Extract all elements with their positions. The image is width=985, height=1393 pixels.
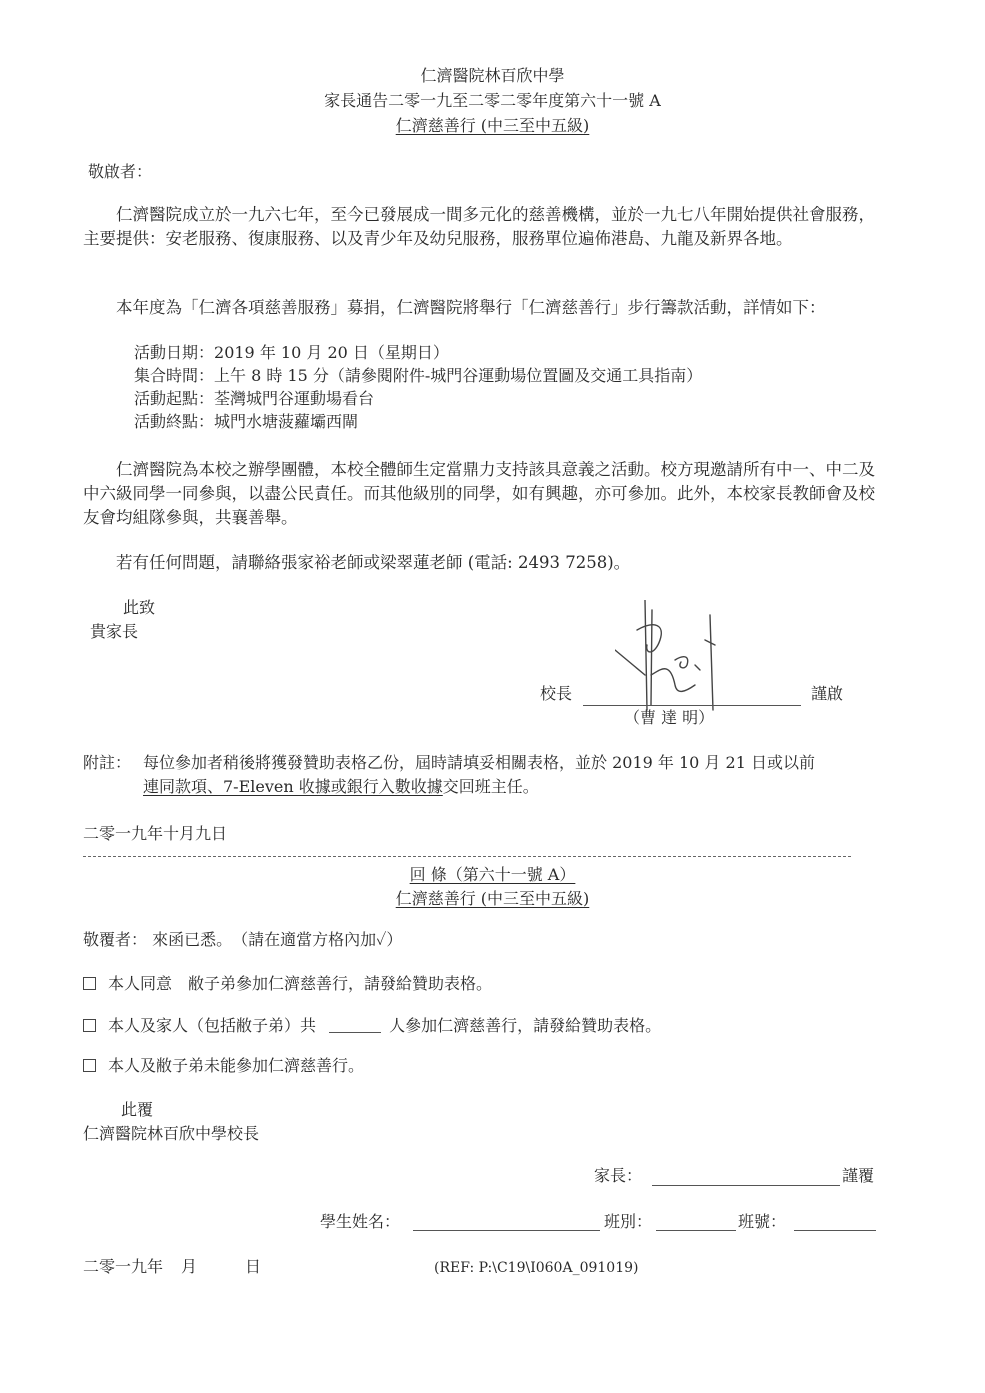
detail-end: 活動終點：城門水塘菠蘿壩西閘 [134, 412, 358, 432]
option-decline[interactable]: 本人及敝子弟未能參加仁濟慈善行。 [83, 1056, 364, 1076]
reply-title: 回 條（第六十一號 A） [410, 865, 576, 884]
paragraph-event: 本年度為「仁濟各項慈善服務」募捐，仁濟醫院將舉行「仁濟慈善行」步行籌款活動，詳情… [83, 296, 891, 320]
note-line-2: 連同款項、7-Eleven 收據或銀行入數收據交回班主任。 [143, 777, 539, 797]
signature-line [583, 705, 801, 706]
checkbox-agree[interactable] [83, 977, 96, 990]
salutation: 敬啟者： [88, 162, 152, 182]
option-agree[interactable]: 本人同意 敝子弟參加仁濟慈善行，請發給贊助表格。 [83, 974, 492, 994]
paragraph-participation: 仁濟醫院為本校之辦學團體，本校全體師生定當鼎力支持該具意義之活動。校方現邀請所有… [83, 458, 891, 530]
principal-label: 校長 [540, 684, 572, 704]
checkbox-decline[interactable] [83, 1059, 96, 1072]
detail-date: 活動日期：2019 年 10 月 20 日（星期日） [134, 343, 449, 363]
reply-date-year: 二零一九年 [83, 1257, 163, 1277]
participant-count-field[interactable] [329, 1018, 381, 1033]
reply-closing-1: 此覆 [121, 1100, 153, 1120]
reply-intro: 敬覆者： 來函已悉。 （請在適當方格內加✓） [83, 930, 402, 950]
tear-off-divider [83, 856, 851, 857]
note-line-1: 每位參加者稍後將獲發贊助表格乙份，屆時請填妥相關表格，並於 2019 年 10 … [143, 753, 815, 773]
class-field[interactable] [656, 1230, 736, 1231]
option-family[interactable]: 本人及家人（包括敝子弟）共 人參加仁濟慈善行，請發給贊助表格。 [83, 1016, 661, 1036]
notice-number: 家長通告二零一九至二零二零年度第六十一號 A [0, 91, 985, 111]
principal-end: 謹啟 [811, 684, 843, 704]
class-label: 班別： [604, 1212, 652, 1232]
reply-date-day: 日 [245, 1257, 261, 1277]
letter-date: 二零一九年十月九日 [83, 824, 227, 844]
paragraph-intro: 仁濟醫院成立於一九六七年，至今已發展成一間多元化的慈善機構，並於一九七八年開始提… [83, 203, 891, 251]
detail-start: 活動起點：荃灣城門谷運動場看台 [134, 389, 374, 409]
detail-time: 集合時間：上午 8 時 15 分（請參閱附件-城門谷運動場位置圖及交通工具指南） [134, 366, 702, 386]
reply-date-month: 月 [181, 1257, 197, 1277]
school-name: 仁濟醫院林百欣中學 [0, 66, 985, 86]
student-name-field[interactable] [413, 1230, 600, 1231]
principal-name: （曹 達 明） [624, 708, 714, 728]
parent-end: 謹覆 [842, 1166, 874, 1186]
student-name-label: 學生姓名： [320, 1212, 400, 1232]
parent-signature-field[interactable] [652, 1185, 840, 1186]
notice-title: 仁濟慈善行 (中三至中五級) [396, 116, 590, 135]
closing-parents: 貴家長 [90, 622, 138, 642]
closing-ci-zhi: 此致 [123, 598, 155, 618]
class-no-label: 班號： [738, 1212, 786, 1232]
principal-signature-icon [615, 600, 765, 715]
class-no-field[interactable] [794, 1230, 876, 1231]
note-label: 附註： [83, 753, 131, 773]
parent-label: 家長： [594, 1166, 642, 1186]
reply-subtitle: 仁濟慈善行 (中三至中五級) [396, 889, 590, 908]
reference-code: (REF: P:\C19\I060A_091019) [434, 1258, 638, 1278]
checkbox-family[interactable] [83, 1019, 96, 1032]
paragraph-contact: 若有任何問題，請聯絡張家裕老師或梁翠蓮老師 (電話: 2493 7258)。 [83, 551, 891, 575]
reply-closing-2: 仁濟醫院林百欣中學校長 [83, 1124, 259, 1144]
